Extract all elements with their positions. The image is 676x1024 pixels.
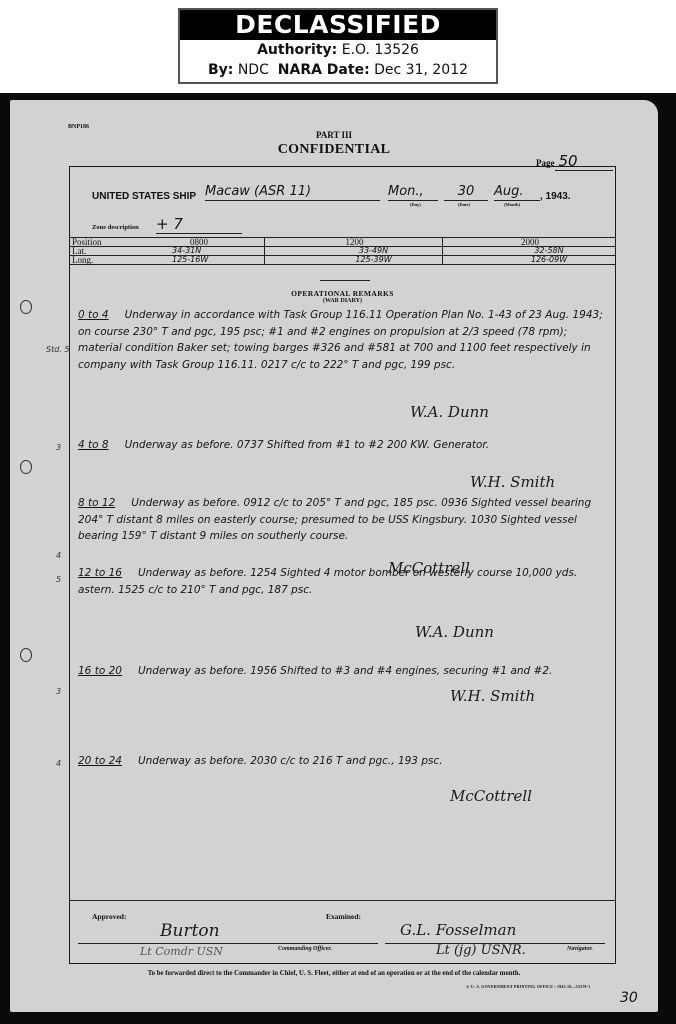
date-label: (Date) [458, 202, 470, 207]
stamp-title: DECLASSIFIED [180, 10, 496, 40]
approved-signature-line [78, 943, 378, 944]
punch-hole [20, 648, 32, 662]
approval-divider [70, 900, 615, 901]
watch-label: 8 to 12 [78, 497, 115, 509]
diary-entry: 0 to 4Underway in accordance with Task G… [78, 307, 608, 373]
diary-entry: 12 to 16Underway as before. 1254 Sighted… [78, 565, 608, 598]
watch-label: 0 to 4 [78, 309, 109, 321]
officer-signature: McCottrell [450, 787, 532, 805]
diary-entry: 8 to 12Underway as before. 0912 c/c to 2… [78, 495, 608, 545]
watch-label: 12 to 16 [78, 567, 122, 579]
ship-label: UNITED STATES SHIP [92, 191, 196, 202]
approved-label: Approved: [92, 912, 126, 921]
diary-entry: 16 to 20Underway as before. 1956 Shifted… [78, 663, 608, 680]
zone-field: + 7 [156, 216, 242, 234]
officer-signature: W.H. Smith [470, 473, 555, 491]
navigator-label: Navigator. [567, 946, 593, 952]
printer-imprint: ☆ U. S. GOVERNMENT PRINTING OFFICE : 194… [466, 984, 590, 989]
remarks-heading: OPERATIONAL REMARKS [70, 289, 615, 298]
month-label: (Month) [504, 202, 520, 207]
commanding-officer-label: Commanding Officer. [278, 946, 332, 952]
diary-entry: 4 to 8Underway as before. 0737 Shifted f… [78, 437, 608, 454]
officer-signature: W.H. Smith [450, 687, 535, 705]
margin-note: 5 [56, 575, 61, 584]
entry-text: Underway as before. 1956 Shifted to #3 a… [138, 665, 552, 677]
handwritten-page-number: 30 [620, 990, 638, 1006]
officer-signature: W.A. Dunn [410, 403, 489, 421]
divider [320, 280, 370, 281]
declassified-stamp: DECLASSIFIED Authority: E.O. 13526 By: N… [178, 8, 498, 84]
scanned-page: BNP186 PART III CONFIDENTIAL Page50 UNIT… [0, 93, 676, 1024]
date-field: 30 [444, 183, 488, 201]
entry-text: Underway as before. 0912 c/c to 205° T a… [78, 497, 591, 542]
watch-label: 20 to 24 [78, 755, 122, 767]
examined-signature-line [385, 943, 605, 944]
table-row: Long. 125-16W 125-39W 126-09W [70, 256, 615, 265]
approved-signature: Burton [160, 921, 220, 941]
ship-name-field: Macaw (ASR 11) [205, 183, 380, 201]
entry-text: Underway as before. 2030 c/c to 216 T an… [138, 755, 443, 767]
stamp-nara: By: NDC NARA Date: Dec 31, 2012 [180, 60, 496, 80]
watch-label: 4 to 8 [78, 439, 109, 451]
margin-note: 4 [56, 551, 61, 560]
day-label: (Day) [410, 202, 421, 207]
entry-text: Underway as before. 0737 Shifted from #1… [125, 439, 490, 451]
position-table: Position 0800 1200 2000 Lat. 34-31N 33-4… [70, 237, 615, 265]
part-heading: PART III [10, 130, 658, 140]
examined-label: Examined: [326, 912, 361, 921]
forwarding-instruction: To be forwarded direct to the Commander … [10, 970, 658, 977]
punch-hole [20, 460, 32, 474]
margin-note: Std. 5 [46, 345, 69, 354]
stamp-authority: Authority: E.O. 13526 [180, 40, 496, 60]
document-paper: BNP186 PART III CONFIDENTIAL Page50 UNIT… [10, 100, 658, 1012]
watch-label: 16 to 20 [78, 665, 122, 677]
diary-entry: 20 to 24Underway as before. 2030 c/c to … [78, 753, 608, 770]
examined-signature: G.L. Fosselman [400, 921, 516, 939]
approved-rank: Lt Comdr USN [140, 945, 223, 958]
officer-signature: W.A. Dunn [415, 623, 494, 641]
zone-label: Zone description [92, 224, 139, 231]
war-diary-form: UNITED STATES SHIP Macaw (ASR 11) Mon., … [69, 166, 616, 964]
remarks-subheading: (WAR DIARY) [70, 298, 615, 304]
punch-hole [20, 300, 32, 314]
entry-text: Underway in accordance with Task Group 1… [78, 309, 603, 371]
table-header-row: Position 0800 1200 2000 [70, 238, 615, 247]
year: , 1943. [540, 191, 571, 202]
examined-rank: Lt (jg) USNR. [436, 943, 526, 958]
month-field: Aug. [494, 183, 540, 201]
entry-text: Underway as before. 1254 Sighted 4 motor… [78, 567, 577, 596]
margin-note: 3 [56, 443, 61, 452]
margin-note: 3 [56, 687, 61, 696]
day-field: Mon., [388, 183, 438, 201]
margin-note: 4 [56, 759, 61, 768]
